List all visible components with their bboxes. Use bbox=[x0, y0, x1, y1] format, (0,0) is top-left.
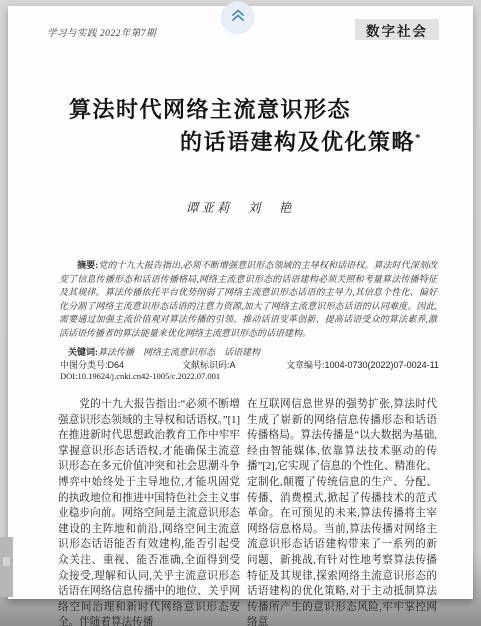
article-title: 算法时代网络主流意识形态 的话语建构及优化策略* bbox=[55, 95, 430, 156]
article-title-line1: 算法时代网络主流意识形态 bbox=[55, 95, 430, 124]
article-title-line2-text: 的话语建构及优化策略 bbox=[180, 129, 415, 154]
edge-tab-glyph bbox=[3, 557, 10, 566]
document-code: 文献标识码:A bbox=[182, 358, 236, 371]
clc-number: 中图分类号:D64 bbox=[60, 358, 124, 371]
keywords-text: 算法传播 网络主流意识形态 话语建构 bbox=[98, 347, 260, 357]
doi-line: DOI:10.19624/j.cnki.cn42-1005/c.2022.07.… bbox=[60, 371, 220, 381]
chevron-double-up-icon bbox=[230, 7, 246, 28]
abstract-label: 摘要: bbox=[77, 260, 98, 270]
page-edge-tab bbox=[0, 537, 13, 597]
scanned-page-viewport: 学习与实践 2022年第7期 数字社会 算法时代网络主流意识形态 的话语建构及优… bbox=[0, 0, 481, 626]
body-left-column: 党的十九大报告指出:“必须不断增强意识形态领域的主导权和话语权。”[1]在推进新… bbox=[58, 397, 240, 626]
body-right-column: 在互联网信息世界的强势扩张,算法时代生成了崭新的网络信息传播形态和话语传播格局。… bbox=[247, 397, 437, 626]
article-id: 文章编号:1004-0730(2022)07-0024-11 bbox=[286, 358, 439, 371]
keywords-line: 关键词:算法传播 网络主流意识形态 话语建构 bbox=[68, 345, 438, 358]
article-title-line2: 的话语建构及优化策略* bbox=[55, 124, 430, 156]
keywords-label: 关键词: bbox=[68, 347, 98, 357]
section-badge: 数字社会 bbox=[355, 19, 439, 40]
abstract-text: 党的十九大报告指出,必须不断增强意识形态领域的主导权和话语权。算法时代深刻改变了… bbox=[59, 260, 437, 338]
journal-issue-header: 学习与实践 2022年第7期 bbox=[47, 25, 156, 39]
title-footnote-asterisk: * bbox=[415, 132, 422, 144]
author-names: 谭亚莉 刘 艳 bbox=[50, 198, 430, 216]
scroll-to-top-button[interactable] bbox=[221, 1, 254, 34]
abstract-block: 摘要:党的十九大报告指出,必须不断增强意识形态领域的主导权和话语权。算法时代深刻… bbox=[59, 259, 437, 341]
article-meta-row: 中图分类号:D64 文献标识码:A 文章编号:1004-0730(2022)07… bbox=[60, 358, 440, 370]
